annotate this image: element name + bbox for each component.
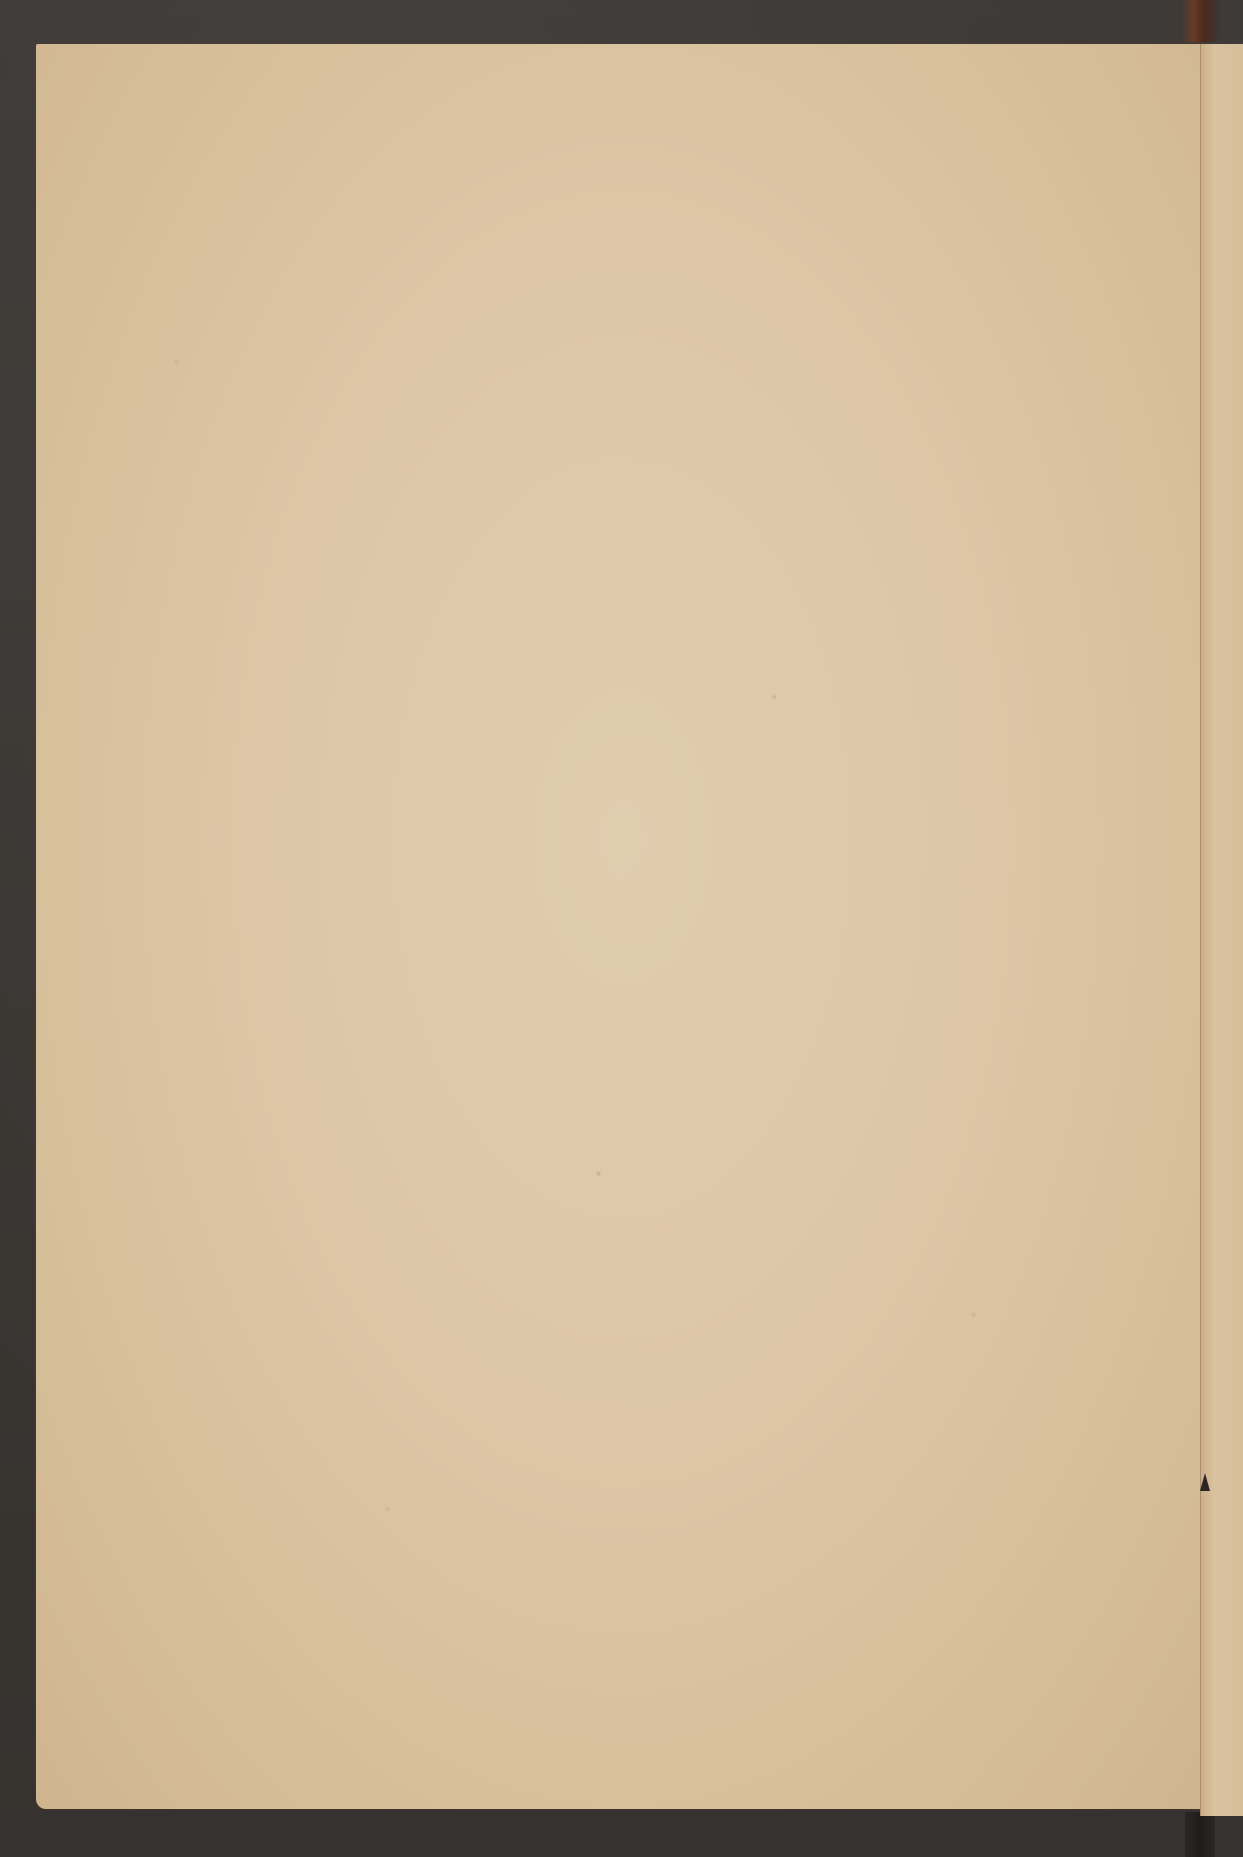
scan-bottom-background <box>0 1809 1243 1857</box>
blank-page <box>36 44 1208 1809</box>
book-spine-bottom <box>1185 1812 1215 1857</box>
binding-thread-mark <box>1200 1473 1210 1491</box>
book-spine-top <box>1180 0 1220 42</box>
page-gutter <box>1200 44 1243 1816</box>
